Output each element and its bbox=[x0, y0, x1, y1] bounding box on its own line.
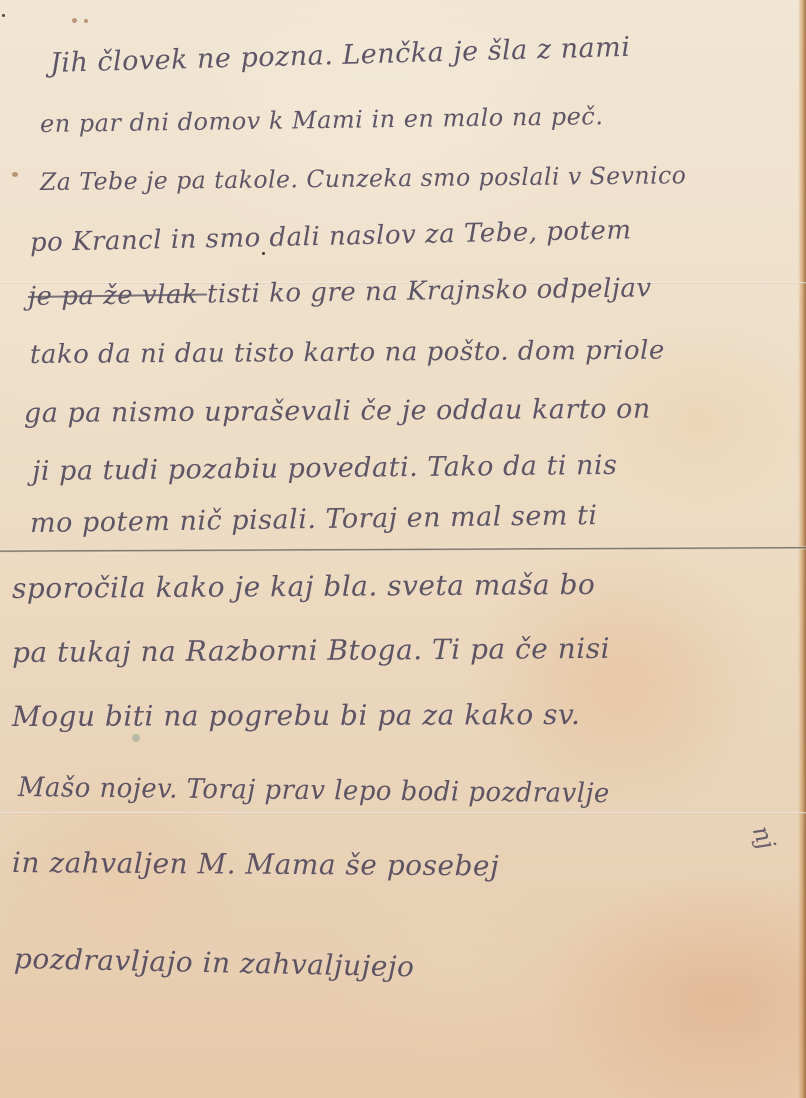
line-text: ga pa nismo upraševali če je oddau karto… bbox=[24, 394, 651, 429]
letter-line-13: Mašo nojev. Toraj prav lepo bodi pozdrav… bbox=[18, 772, 610, 809]
letter-line-8: ji pa tudi pozabiu povedati. Tako da ti … bbox=[32, 450, 618, 487]
letter-line-15: pozdravljajo in zahvaljujejo bbox=[14, 942, 415, 983]
struck-text: je pa že vlak bbox=[28, 280, 207, 312]
letter-line-12: Mogu biti na pogrebu bi pa za kako sv. bbox=[12, 698, 580, 733]
line-text: ji pa tudi pozabiu povedati. Tako da ti … bbox=[32, 450, 618, 487]
letter-line-10: sporočila kako je kaj bla. sveta maša bo bbox=[12, 568, 596, 605]
line-text: mo potem nič pisali. Toraj en mal sem ti bbox=[30, 500, 598, 539]
line-text: sporočila kako je kaj bla. sveta maša bo bbox=[12, 568, 596, 605]
line-text: Jih človek ne pozna. Lenčka je šla z nam… bbox=[50, 32, 631, 79]
line-text: Mogu biti na pogrebu bi pa za kako sv. bbox=[12, 698, 580, 733]
letter-line-4: po Krancl in smo dali naslov za Tebe, po… bbox=[30, 215, 632, 258]
line-text: in zahvaljen M. Mama še posebej bbox=[12, 846, 499, 882]
handwritten-letter: Jih človek ne pozna. Lenčka je šla z nam… bbox=[0, 0, 806, 1098]
line-text: tisti ko gre na Krajnsko odpeljav bbox=[207, 273, 652, 309]
line-text: Za Tebe je pa takole. Cunzeka smo poslal… bbox=[40, 161, 687, 196]
letter-line-3: Za Tebe je pa takole. Cunzeka smo poslal… bbox=[40, 161, 687, 196]
letter-line-9: mo potem nič pisali. Toraj en mal sem ti bbox=[30, 500, 598, 539]
line-text: po Krancl in smo dali naslov za Tebe, po… bbox=[30, 215, 632, 258]
line-text: en par dni domov k Mami in en malo na pe… bbox=[40, 102, 604, 138]
margin-continuation: nj bbox=[747, 822, 781, 853]
line-text: pa tukaj na Razborni Btoga. Ti pa če nis… bbox=[12, 632, 610, 669]
letter-line-14: in zahvaljen M. Mama še posebej bbox=[12, 846, 499, 882]
letter-line-6: tako da ni dau tisto karto na pošto. dom… bbox=[30, 336, 665, 370]
letter-line-7: ga pa nismo upraševali če je oddau karto… bbox=[24, 394, 651, 429]
line-text: Mašo nojev. Toraj prav lepo bodi pozdrav… bbox=[18, 772, 610, 809]
letter-line-5: je pa že vlak tisti ko gre na Krajnsko o… bbox=[28, 273, 652, 312]
letter-line-11: pa tukaj na Razborni Btoga. Ti pa če nis… bbox=[12, 632, 610, 669]
line-text: pozdravljajo in zahvaljujejo bbox=[14, 942, 415, 983]
letter-line-1: Jih človek ne pozna. Lenčka je šla z nam… bbox=[50, 32, 631, 79]
letter-line-2: en par dni domov k Mami in en malo na pe… bbox=[40, 102, 604, 138]
line-text: tako da ni dau tisto karto na pošto. dom… bbox=[30, 336, 665, 370]
